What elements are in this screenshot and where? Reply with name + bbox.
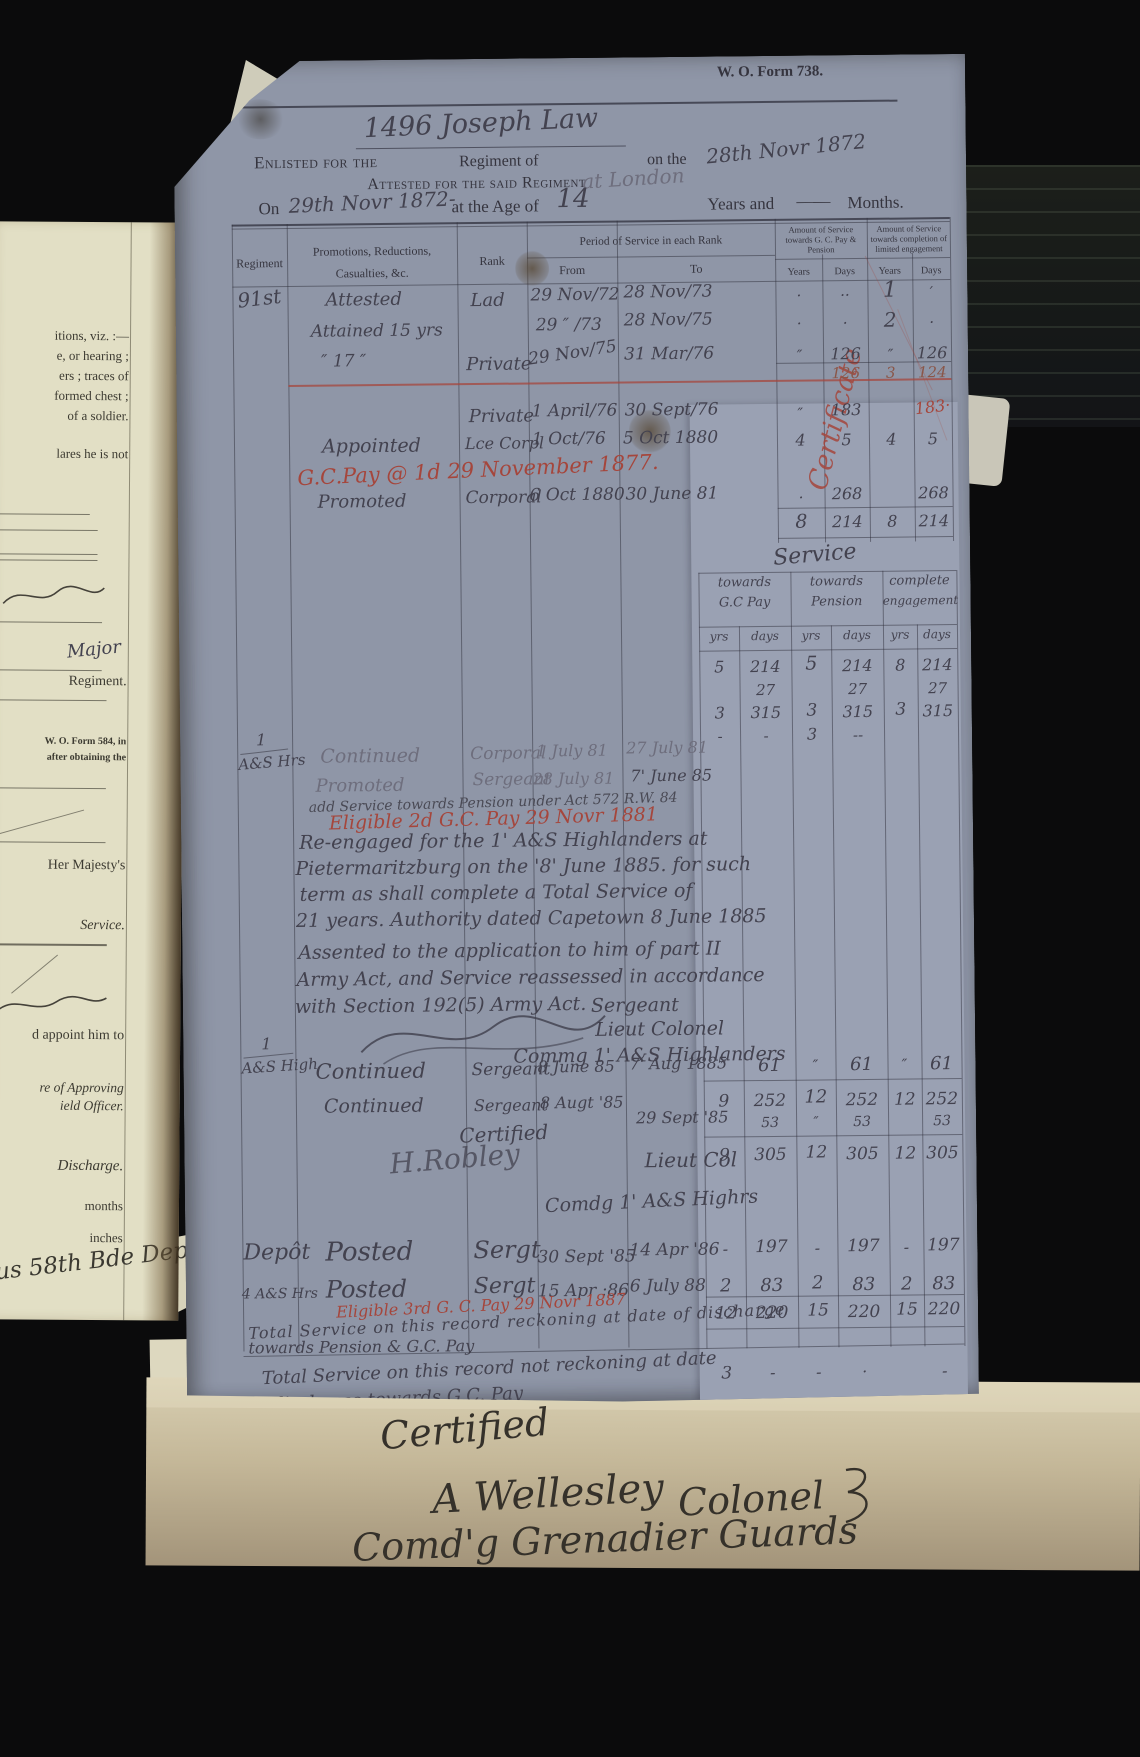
years-and-label: Years and xyxy=(707,194,774,214)
printed-form584: W. O. Form 584, in xyxy=(45,736,127,748)
service-value: 27 xyxy=(740,682,792,699)
rule-line xyxy=(0,513,90,515)
service-value: - xyxy=(705,1240,745,1258)
service-value: 15 xyxy=(798,1301,838,1320)
col-days: Days xyxy=(822,266,867,278)
margin-rule xyxy=(123,222,132,1320)
service-value: 61 xyxy=(743,1056,795,1077)
assent-text: Assented to the application to him of pa… xyxy=(298,938,721,964)
rule-line xyxy=(0,699,106,701)
entry-date-to: 6 July 88 xyxy=(630,1277,706,1297)
service-value: 61 xyxy=(835,1055,887,1076)
rule-line xyxy=(0,559,97,561)
entry-date-from: 30 Sept '85 xyxy=(537,1247,635,1267)
regiment-of-label: Regiment of xyxy=(459,152,539,171)
entry-promotion: ″ 17 ″ xyxy=(321,352,366,372)
service-value: - xyxy=(889,1238,923,1256)
printed-months: months xyxy=(85,1198,123,1214)
table-border xyxy=(617,221,630,1348)
service-value: - xyxy=(797,1239,837,1257)
entry-rank: Private xyxy=(466,354,531,375)
table-border xyxy=(775,257,950,260)
service-value: 5 xyxy=(699,658,739,676)
service-value: - xyxy=(925,1362,965,1380)
entry-date-to: 5 Oct 1880 xyxy=(623,428,718,448)
ink-blot xyxy=(515,250,549,286)
signature-scrawl xyxy=(1,579,106,614)
service-value: -- xyxy=(832,727,884,744)
service-value: - xyxy=(747,1364,799,1382)
service-value: 12 xyxy=(706,1304,746,1323)
rule-line xyxy=(0,621,102,623)
entry-date-to: 7' June 85 xyxy=(630,767,712,786)
service-value: 214 xyxy=(831,657,883,675)
entry-value: 268 xyxy=(914,484,952,502)
slip-unit: yrs xyxy=(699,630,739,644)
service-value: 27 xyxy=(917,680,957,697)
entry-rank: Sergt xyxy=(473,1236,540,1264)
total-value: 8 xyxy=(870,512,915,530)
entry-promotion: Attained 15 yrs xyxy=(311,321,443,341)
table-border xyxy=(457,222,470,1349)
entry-date-to: 30 Sept/76 xyxy=(625,400,719,420)
entry-date-from: 8 June 85 xyxy=(537,1058,614,1077)
printed-appoint: d appoint him to xyxy=(32,1028,124,1045)
entry-date-from: 1 July 81 xyxy=(536,742,608,761)
entry-rank: Private xyxy=(469,406,534,427)
service-value: 27 xyxy=(832,681,884,698)
on-label: On xyxy=(258,199,279,218)
service-value: 12 xyxy=(796,1143,836,1162)
reengagement-text: Pietermaritzburg on the '8' June 1885. f… xyxy=(295,854,751,880)
printed-approving: ield Officer. xyxy=(60,1098,124,1114)
entry-value: ″ xyxy=(777,405,824,422)
entry-date-to: 28 Nov/73 xyxy=(623,283,712,303)
printed-service: Service. xyxy=(80,918,125,934)
enlist-date: 28th Novr 1872 xyxy=(705,130,867,168)
left-book-page: itions, viz. :— e, or hearing ; ers ; tr… xyxy=(0,221,186,1320)
attested-place: at London xyxy=(582,164,685,193)
col-gc-pay: Amount of Service towards G. C. Pay & Pe… xyxy=(776,224,866,256)
service-value: ″ xyxy=(796,1115,836,1131)
col-years: Years xyxy=(775,266,822,278)
entry-promotion: Promoted xyxy=(318,492,407,513)
service-value: 3 xyxy=(792,725,832,743)
entry-value: · xyxy=(913,314,951,331)
slip-col-header: engagement xyxy=(883,594,957,608)
service-value: 8 xyxy=(883,656,917,674)
rule-line xyxy=(0,841,106,843)
service-value: 315 xyxy=(918,702,958,720)
slip-unit: yrs xyxy=(791,629,831,643)
entry-promotion: Continued xyxy=(315,1060,426,1085)
months-label: Months. xyxy=(847,193,903,213)
entry-date-to: 28 Nov/75 xyxy=(624,311,713,331)
entry-rank: Corporal xyxy=(470,744,546,764)
entry-rank: Sergeant xyxy=(474,1096,548,1115)
service-value: 61 xyxy=(921,1054,961,1075)
reengagement-text: term as shall complete a Total Service o… xyxy=(300,881,693,906)
service-value: 2 xyxy=(890,1274,924,1295)
col-promotions: Casualties, &c. xyxy=(287,266,457,281)
table-border xyxy=(287,224,300,1351)
service-value: 197 xyxy=(923,1236,963,1255)
col-regiment: Regiment xyxy=(232,257,287,271)
service-value: 305 xyxy=(744,1146,796,1166)
assent-text: Army Act, and Service reassessed in acco… xyxy=(296,965,764,991)
service-value: 252 xyxy=(836,1091,888,1111)
service-value: ″ xyxy=(795,1057,835,1074)
service-value: 2 xyxy=(706,1276,746,1297)
soldier-name: 1496 Joseph Law xyxy=(363,104,599,145)
entry-regiment: 4 A&S Hrs xyxy=(242,1287,318,1303)
entry-promotion: Attested xyxy=(325,290,402,311)
service-value: - xyxy=(740,728,792,745)
table-border xyxy=(527,255,775,259)
entry-value: 183 xyxy=(824,401,869,419)
service-value: 252 xyxy=(744,1092,796,1112)
col-promotions: Promotions, Reductions, xyxy=(287,244,457,259)
printed-fragment: itions, viz. :— xyxy=(55,328,130,345)
entry-value: · xyxy=(777,489,824,506)
lined-paper-edge xyxy=(962,165,1140,427)
pen-stroke xyxy=(0,810,84,835)
sig-rank: Sergeant xyxy=(591,995,679,1017)
enlisted-label: Enlisted for the xyxy=(254,152,378,172)
signature-scrawl xyxy=(0,991,109,1022)
service-value: 214 xyxy=(917,656,957,674)
printed-majestys: Her Majesty's xyxy=(48,858,126,875)
slip-col-header: towards xyxy=(698,576,790,592)
age-value: 14 xyxy=(556,185,589,214)
entry-value: 5 xyxy=(914,430,952,448)
service-value: 83 xyxy=(838,1275,890,1296)
slip-col-header: Pension xyxy=(791,595,883,611)
entry-date-from: 29 Nov/72 xyxy=(530,286,619,306)
entry-promotion: Promoted xyxy=(315,776,404,797)
service-value: 2 xyxy=(798,1273,838,1294)
entry-rank: Lad xyxy=(470,291,504,312)
total-value: 214 xyxy=(915,512,953,530)
service-value: 315 xyxy=(740,704,792,722)
officer-signature: H.Robley xyxy=(388,1138,521,1180)
service-value: 315 xyxy=(832,703,884,721)
entry-promotion: Appointed xyxy=(322,436,421,458)
printed-fragment: of a soldier. xyxy=(67,408,128,424)
slip-col-header: G.C Pay xyxy=(699,596,791,612)
printed-discharge: Discharge. xyxy=(57,1158,123,1175)
service-value: 3 xyxy=(884,700,918,719)
entry-promotion: Continued xyxy=(320,746,420,768)
entry-value: · xyxy=(823,315,868,332)
service-value: · xyxy=(839,1363,891,1381)
entry-date-from: 1 April/76 xyxy=(532,402,618,422)
entry-regiment-sup: 1 xyxy=(256,731,266,749)
entry-value: 5 xyxy=(824,431,869,449)
service-value: 53 xyxy=(744,1116,796,1132)
slip-col-header: complete xyxy=(882,574,956,589)
service-value: 5 xyxy=(791,653,831,675)
rule-line xyxy=(0,553,98,555)
entry-regiment: 91st xyxy=(236,285,282,312)
col-engagement: Amount of Service towards completion of … xyxy=(869,223,949,254)
entry-value: 4 xyxy=(869,430,914,448)
scanned-record-page: itions, viz. :— e, or hearing ; ers ; tr… xyxy=(0,0,1140,1757)
entry-regiment: Depôt xyxy=(243,1241,310,1266)
service-value: 12 xyxy=(796,1087,836,1108)
entry-date-from: 29 Nov/75 xyxy=(527,337,618,369)
entry-regiment: A&S High xyxy=(241,1056,318,1078)
entry-value: 126 xyxy=(823,345,868,363)
name-underline xyxy=(356,145,626,149)
service-value: 83 xyxy=(746,1276,798,1297)
service-value: 3 xyxy=(792,701,832,720)
entry-date-from: 29 ″ /73 xyxy=(536,316,602,336)
service-value: 197 xyxy=(745,1238,797,1258)
pen-stroke xyxy=(11,955,58,994)
printed-form584: after obtaining the xyxy=(47,752,126,764)
entry-value: 126 xyxy=(913,344,951,362)
entry-value: · xyxy=(776,315,823,332)
entry-promotion: Posted xyxy=(325,1238,413,1268)
table-border xyxy=(232,225,245,1352)
service-value: 9 xyxy=(704,1092,744,1111)
rule-line xyxy=(0,787,106,789)
service-value: 3 xyxy=(700,704,740,722)
entry-value: 2 xyxy=(868,308,913,331)
rule-line xyxy=(0,943,107,946)
printed-regiment-label: Regiment. xyxy=(69,674,127,690)
service-value: 220 xyxy=(838,1303,890,1323)
service-value: 53 xyxy=(922,1114,962,1130)
printed-approving: re of Approving xyxy=(39,1080,123,1097)
service-value: 9 xyxy=(704,1146,744,1165)
entry-date-to: 31 Mar/76 xyxy=(624,345,714,365)
total-value: 214 xyxy=(825,513,870,531)
entry-value: · xyxy=(775,287,822,304)
slip-col-header: towards xyxy=(790,575,882,591)
entry-date-to: 27 July 81 xyxy=(626,739,708,758)
slip-unit: days xyxy=(831,629,883,643)
printed-fragment: formed chest ; xyxy=(54,388,128,405)
entry-promotion: Continued xyxy=(324,1096,424,1118)
entry-regiment-sup: 1 xyxy=(261,1035,271,1053)
rule-line xyxy=(0,669,102,671)
service-value: 83 xyxy=(924,1274,964,1295)
service-value: 197 xyxy=(837,1237,889,1257)
service-value: 220 xyxy=(746,1304,798,1324)
service-value: 53 xyxy=(836,1115,888,1131)
reengagement-text: Re-engaged for the 1' A&S Highlanders at xyxy=(299,829,707,855)
age-label: at the Age of xyxy=(451,196,539,216)
entry-value: ′ xyxy=(912,284,950,301)
printed-fragment: e, or hearing ; xyxy=(57,348,129,365)
entry-regiment: A&S Hrs xyxy=(238,752,306,774)
service-value: ″ xyxy=(703,1058,743,1075)
service-value: 12 xyxy=(888,1144,922,1163)
slip-unit: yrs xyxy=(883,628,917,642)
rule-line xyxy=(0,529,98,531)
service-value: 220 xyxy=(924,1300,964,1319)
service-value: 3 xyxy=(707,1364,747,1383)
printed-fragment: lares he is not xyxy=(56,446,128,463)
entry-date-from: 28 July 81 xyxy=(532,770,614,789)
service-value: 15 xyxy=(890,1300,924,1319)
entry-date-from: 6 Oct 1880 xyxy=(529,485,624,505)
printed-fragment: ers ; traces of xyxy=(59,368,129,384)
service-value: 305 xyxy=(836,1145,888,1165)
col-period: Period of Service in each Rank xyxy=(527,234,775,249)
entry-date-from: 8 Augt '85 xyxy=(540,1094,624,1113)
entry-date-from: 1 Oct/76 xyxy=(532,430,606,450)
service-value: - xyxy=(799,1363,839,1381)
service-value: ″ xyxy=(887,1056,921,1073)
col-days: Days xyxy=(912,265,950,277)
sig-title: Lieut Colonel xyxy=(595,1018,724,1041)
entry-value: 268 xyxy=(824,485,869,503)
printed-inches: inches xyxy=(89,1230,122,1246)
service-value: 252 xyxy=(922,1090,962,1109)
slip-unit: days xyxy=(739,630,791,644)
service-value: 214 xyxy=(739,658,791,676)
service-value: 12 xyxy=(888,1090,922,1109)
entry-value: 1 xyxy=(867,278,912,303)
service-record-form: W. O. Form 738. 1496 Joseph Law Enlisted… xyxy=(173,54,979,1406)
months-blank: —— xyxy=(796,191,830,210)
entry-value: 4 xyxy=(777,431,824,449)
service-value: 305 xyxy=(922,1144,962,1163)
entry-date-to: 30 June 81 xyxy=(625,484,718,504)
attest-date: 29th Novr 1872- xyxy=(288,187,456,217)
slip-unit: days xyxy=(917,628,957,642)
form-number: W. O. Form 738. xyxy=(673,63,823,81)
total-value: 8 xyxy=(778,511,825,533)
handwritten-major: Major xyxy=(66,637,122,662)
entry-value: ·· xyxy=(822,287,867,304)
col-to: To xyxy=(617,262,775,277)
